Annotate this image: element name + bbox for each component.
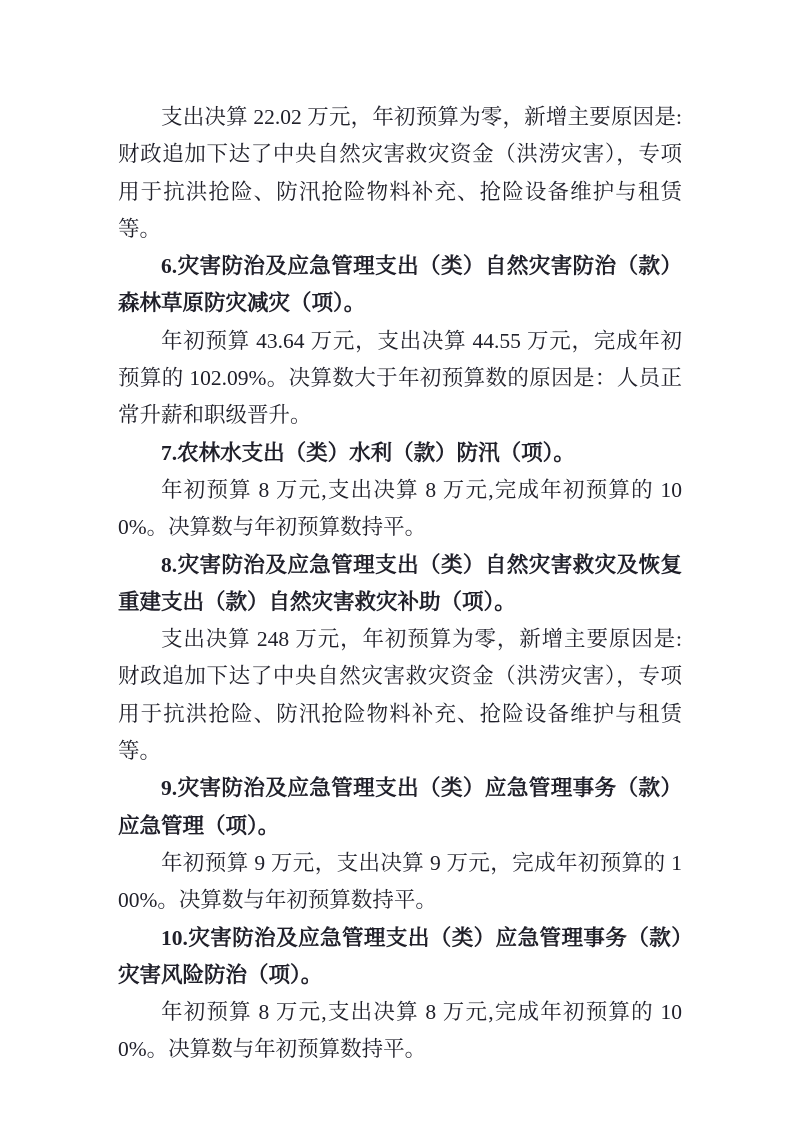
paragraph: 年初预算 8 万元,支出决算 8 万元,完成年初预算的 100%。决算数与年初预… [118, 472, 682, 547]
section-heading: 7.农林水支出（类）水利（款）防汛（项）。 [118, 435, 682, 472]
section-heading: 6.灾害防治及应急管理支出（类）自然灾害防治（款）森林草原防灾减灾（项）。 [118, 248, 682, 323]
paragraph: 年初预算 43.64 万元，支出决算 44.55 万元，完成年初预算的 102.… [118, 323, 682, 435]
document-page: 支出决算 22.02 万元，年初预算为零，新增主要原因是:财政追加下达了中央自然… [0, 0, 792, 1121]
section-heading: 9.灾害防治及应急管理支出（类）应急管理事务（款）应急管理（项）。 [118, 770, 682, 845]
document-body: 支出决算 22.02 万元，年初预算为零，新增主要原因是:财政追加下达了中央自然… [118, 99, 682, 1069]
paragraph: 年初预算 9 万元，支出决算 9 万元，完成年初预算的 100%。决算数与年初预… [118, 845, 682, 920]
section-heading: 10.灾害防治及应急管理支出（类）应急管理事务（款）灾害风险防治（项）。 [118, 920, 682, 995]
paragraph: 年初预算 8 万元,支出决算 8 万元,完成年初预算的 100%。决算数与年初预… [118, 994, 682, 1069]
section-heading: 8.灾害防治及应急管理支出（类）自然灾害救灾及恢复重建支出（款）自然灾害救灾补助… [118, 547, 682, 622]
paragraph: 支出决算 248 万元，年初预算为零，新增主要原因是:财政追加下达了中央自然灾害… [118, 621, 682, 770]
paragraph: 支出决算 22.02 万元，年初预算为零，新增主要原因是:财政追加下达了中央自然… [118, 99, 682, 248]
